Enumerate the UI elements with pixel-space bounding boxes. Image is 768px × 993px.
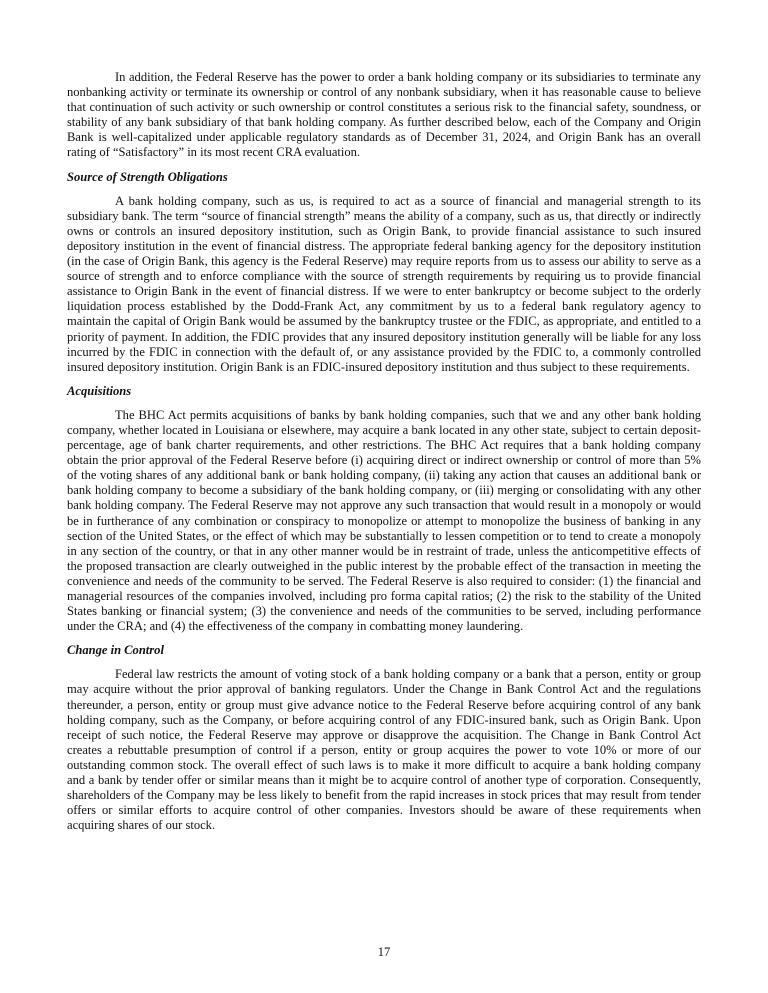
heading-source-of-strength: Source of Strength Obligations [67,170,701,185]
paragraph-federal-reserve-powers: In addition, the Federal Reserve has the… [67,70,701,161]
paragraph-acquisitions: The BHC Act permits acquisitions of bank… [67,408,701,634]
paragraph-change-in-control: Federal law restricts the amount of voti… [67,667,701,833]
paragraph-source-of-strength: A bank holding company, such as us, is r… [67,194,701,375]
heading-change-in-control: Change in Control [67,643,701,658]
heading-acquisitions: Acquisitions [67,384,701,399]
document-page: In addition, the Federal Reserve has the… [67,70,701,842]
page-number: 17 [0,945,768,960]
